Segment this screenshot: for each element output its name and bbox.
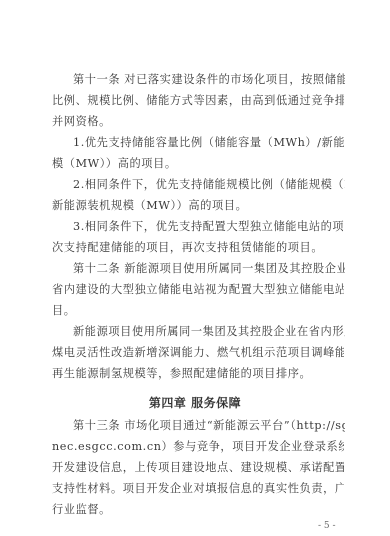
item-3-line-1: 3.相同条件下，优先支持配置大型独立储能电站的项目，其 (73, 220, 345, 234)
paragraph-line-2: 煤电灵活性改造新增深调能力、燃气机组示范项目调峰能力、可 (52, 346, 344, 360)
article-13-line-5: 行业监督。 (52, 503, 344, 517)
paragraph-line-3: 再生能源制氢规模等，参照配建储能的项目排序。 (52, 367, 344, 381)
article-13-line-2: nec.esgcc.com.cn）参与竞争，项目开发企业登录系统填报项目 (52, 440, 344, 454)
article-13-line-3: 开发建设信息，上传项目建设地点、建设规模、承诺配置储能等 (52, 461, 344, 475)
item-1-line-2: 模（MW））高的项目。 (52, 157, 344, 171)
article-11-line-2: 比例、规模比例、储能方式等因素，由高到低通过竞争排序获得 (52, 94, 344, 108)
page-number: - 5 - (318, 521, 336, 531)
paragraph-line-1: 新能源项目使用所属同一集团及其控股企业在省内形成的 (73, 325, 345, 339)
article-11-line-3: 并网资格。 (52, 115, 344, 129)
article-12-line-1: 第十二条 新能源项目使用所属同一集团及其控股企业在 (73, 262, 345, 276)
document-page: 第十一条 对已落实建设条件的市场化项目，按照储能容量 比例、规模比例、储能方式等… (0, 0, 390, 536)
article-12-line-2: 省内建设的大型独立储能电站视为配置大型独立储能电站的项 (52, 283, 344, 297)
item-2-line-1: 2.相同条件下，优先支持储能规模比例（储能规模（MW）/ (73, 178, 345, 192)
article-13-line-1: 第十三条 市场化项目通过“新能源云平台”（http://sg (73, 419, 345, 433)
chapter-heading: 第四章 服务保障 (0, 394, 390, 411)
article-11-line-1: 第十一条 对已落实建设条件的市场化项目，按照储能容量 (73, 73, 345, 87)
item-1-line-1: 1.优先支持储能容量比例（储能容量（MWh）/新能源装机规 (73, 136, 345, 150)
article-12-line-3: 目。 (52, 304, 344, 318)
item-3-line-2: 次支持配建储能的项目，再次支持租赁储能的项目。 (52, 241, 344, 255)
item-2-line-2: 新能源装机规模（MW））高的项目。 (52, 199, 344, 213)
article-13-line-4: 支持性材料。项目开发企业对填报信息的真实性负责，广泛接受 (52, 482, 344, 496)
